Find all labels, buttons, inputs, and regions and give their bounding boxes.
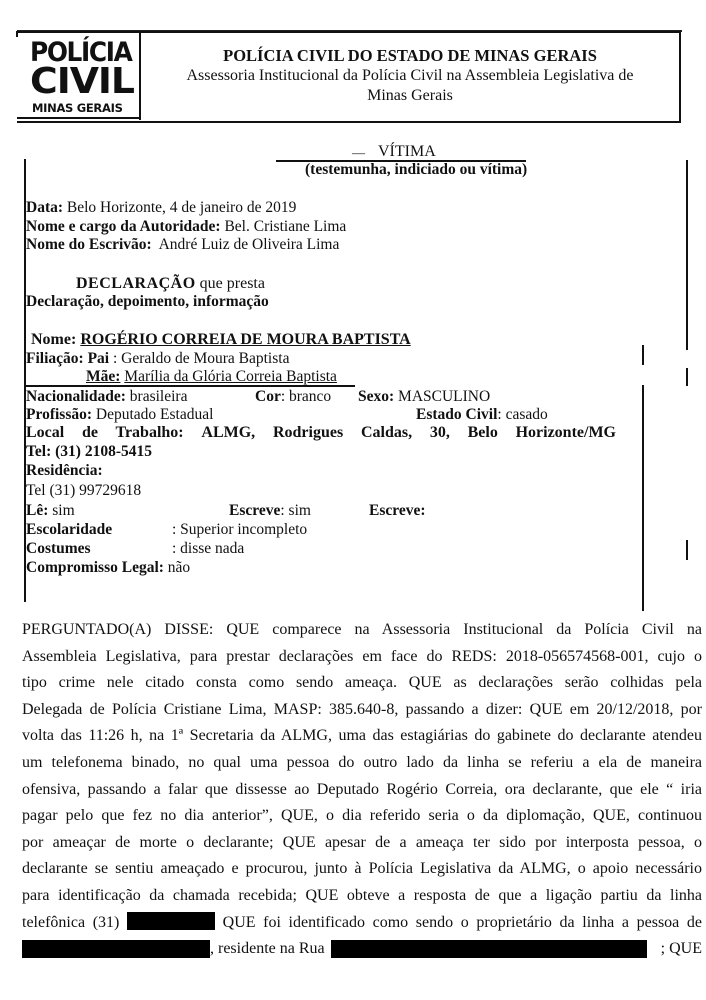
date-field: Data: Belo Horizonte, 4 de janeiro de 20… (26, 199, 296, 217)
nationality-label: Nacionalidade: (26, 388, 126, 405)
education-field: Escolaridade (26, 521, 112, 539)
nationality-field: Nacionalidade: brasileira (26, 388, 187, 406)
authority-field: Nome e cargo da Autoridade: Bel. Cristia… (26, 218, 346, 236)
clerk-label: Nome do Escrivão: (26, 236, 152, 253)
writes-value: : sim (280, 502, 311, 519)
statement-line: por ameaçar de morte o declarante; QUE a… (22, 830, 702, 857)
redaction-block (22, 940, 210, 958)
declaration-type: DECLARAÇÃO que presta (76, 275, 265, 293)
reads-field: Lê: sim (26, 502, 75, 520)
customs-label: Costumes (26, 540, 91, 557)
header-subtitle-line1: Assessoria Institucional da Polícia Civi… (141, 66, 679, 86)
workplace-field: Local de Trabalho: ALMG, Rodrigues Calda… (26, 424, 616, 442)
statement-line: volta das 11:26 h, na 1ª Secretaria da A… (22, 723, 702, 750)
logo-border (17, 117, 140, 119)
date-value: Belo Horizonte, 4 de janeiro de 2019 (67, 199, 296, 216)
statement-line: pagar pelo que fez no dia anterior”, QUE… (22, 803, 702, 830)
authority-value: Bel. Cristiane Lima (224, 218, 346, 235)
nationality-value: brasileira (130, 388, 188, 405)
work-phone: Tel: (31) 2108-5415 (26, 443, 152, 460)
authority-label: Nome e cargo da Autoridade: (26, 218, 221, 235)
color-field: Cor: branco (255, 388, 331, 406)
statement-line: ofensiva, passando a falar que dissesse … (22, 777, 702, 804)
reads-value: sim (52, 502, 74, 519)
statement-line: declarante se sentiu ameaçado e procurou… (22, 856, 702, 883)
frame-inner-right-border (642, 385, 644, 611)
date-label: Data: (26, 199, 63, 216)
education-label: Escolaridade (26, 521, 112, 538)
reads-label: Lê: (26, 502, 48, 519)
home-phone-field: Tel (31) 99729618 (26, 482, 141, 500)
home-phone: Tel (31) 99729618 (26, 482, 141, 499)
profession-value: Deputado Estadual (96, 406, 214, 423)
legal-commitment-value: não (168, 559, 190, 576)
frame-inner-right-border (642, 345, 644, 365)
clerk-field: Nome do Escrivão: André Luiz de Oliveira… (26, 236, 339, 254)
statement-text: QUE foi identificado como sendo o propri… (223, 914, 702, 931)
frame-right-border (686, 160, 688, 350)
statement-text: , residente na Rua (210, 936, 325, 963)
header-subtitle-line2: Minas Gerais (141, 86, 679, 106)
statement-line: Assembleia Legislativa, para prestar dec… (22, 644, 702, 671)
logo-civil: CIVIL (30, 61, 134, 102)
statement-text: telefônica (31) (22, 914, 119, 931)
statement-line-redacted: , residente na Rua ; QUE (22, 936, 702, 963)
residence-field: Residência: (26, 462, 103, 480)
header-subtitle: Assessoria Institucional da Polícia Civi… (141, 66, 679, 106)
sex-label: Sexo: (358, 388, 394, 405)
declaration-options-label: Declaração, depoimento, informação (26, 293, 269, 310)
education-value: : Superior incompleto (172, 521, 307, 538)
customs-value: : disse nada (172, 540, 244, 557)
statement-line: Delegada de Polícia Cristiane Lima, MASP… (22, 697, 702, 724)
statement-line: um telefonema binado, no qual uma pessoa… (22, 750, 702, 777)
writes2-label: Escreve: (369, 502, 426, 519)
statement-line: PERGUNTADO(A) DISSE: QUE comparece na As… (22, 617, 702, 644)
declaration-type-label: DECLARAÇÃO (76, 275, 196, 292)
legal-commitment-field: Compromisso Legal: não (26, 559, 190, 577)
work-phone-field: Tel: (31) 2108-5415 (26, 443, 152, 461)
redaction-block (331, 940, 647, 958)
writes-label: Escreve (229, 502, 280, 519)
profession-label: Profissão: (26, 406, 92, 423)
frame-right-border (686, 368, 688, 386)
logo-border-left (16, 31, 18, 37)
statement-body: PERGUNTADO(A) DISSE: QUE comparece na As… (22, 617, 702, 963)
name-value: ROGÉRIO CORREIA DE MOURA BAPTISTA (80, 331, 410, 348)
mother-field: Mãe: Marília da Glória Correia Baptista (86, 368, 337, 386)
father-label: Pai (88, 350, 110, 367)
civil-status-label: Estado Civil (416, 406, 497, 423)
declaration-options: Declaração, depoimento, informação (26, 293, 269, 311)
workplace-label: Local de Trabalho: (26, 424, 184, 441)
role-dash: — (352, 145, 365, 161)
customs-value-wrap: : disse nada (172, 540, 244, 558)
sex-field: Sexo: MASCULINO (358, 388, 490, 406)
statement-line-redacted: telefônica (31) QUE foi identificado com… (22, 910, 702, 937)
statement-text: ; QUE (661, 936, 702, 963)
declaration-suffix: que presta (200, 275, 265, 292)
sex-value: MASCULINO (398, 388, 490, 405)
role-value: VÍTIMA (378, 143, 436, 161)
writes-field: Escreve: sim (229, 502, 311, 520)
workplace-value: ALMG, Rodrigues Caldas, 30, Belo Horizon… (201, 424, 616, 441)
color-value: : branco (281, 388, 331, 405)
writes2-field: Escreve: (369, 502, 426, 520)
education-value-wrap: : Superior incompleto (172, 521, 307, 539)
mother-value: Marília da Glória Correia Baptista (124, 368, 337, 385)
role-hint: (testemunha, indiciado ou vítima) (305, 161, 527, 179)
customs-field: Costumes (26, 540, 91, 558)
civil-status-value: : casado (497, 406, 547, 423)
statement-line: para identificação da chamada recebida; … (22, 883, 702, 910)
civil-status-field: Estado Civil: casado (416, 406, 548, 424)
filiacao-label: Filiação: (26, 350, 84, 367)
statement-line: tipo crime nele citado consta como sendo… (22, 670, 702, 697)
logo-minas-gerais: MINAS GERAIS (32, 101, 123, 115)
name-field: Nome: ROGÉRIO CORREIA DE MOURA BAPTISTA (31, 331, 411, 349)
mother-label: Mãe: (86, 368, 120, 385)
color-label: Cor (255, 388, 281, 405)
profession-field: Profissão: Deputado Estadual (26, 406, 213, 424)
frame-right-border (686, 540, 688, 560)
residence-label: Residência: (26, 462, 103, 479)
legal-commitment-label: Compromisso Legal: (26, 559, 164, 576)
father-field: Filiação: Pai : Geraldo de Moura Baptist… (26, 350, 289, 368)
header-title: POLÍCIA CIVIL DO ESTADO DE MINAS GERAIS (141, 46, 679, 66)
name-label: Nome: (31, 331, 76, 348)
clerk-value: André Luiz de Oliveira Lima (159, 236, 340, 253)
redaction-block (127, 912, 215, 930)
father-value: : Geraldo de Moura Baptista (113, 350, 289, 367)
